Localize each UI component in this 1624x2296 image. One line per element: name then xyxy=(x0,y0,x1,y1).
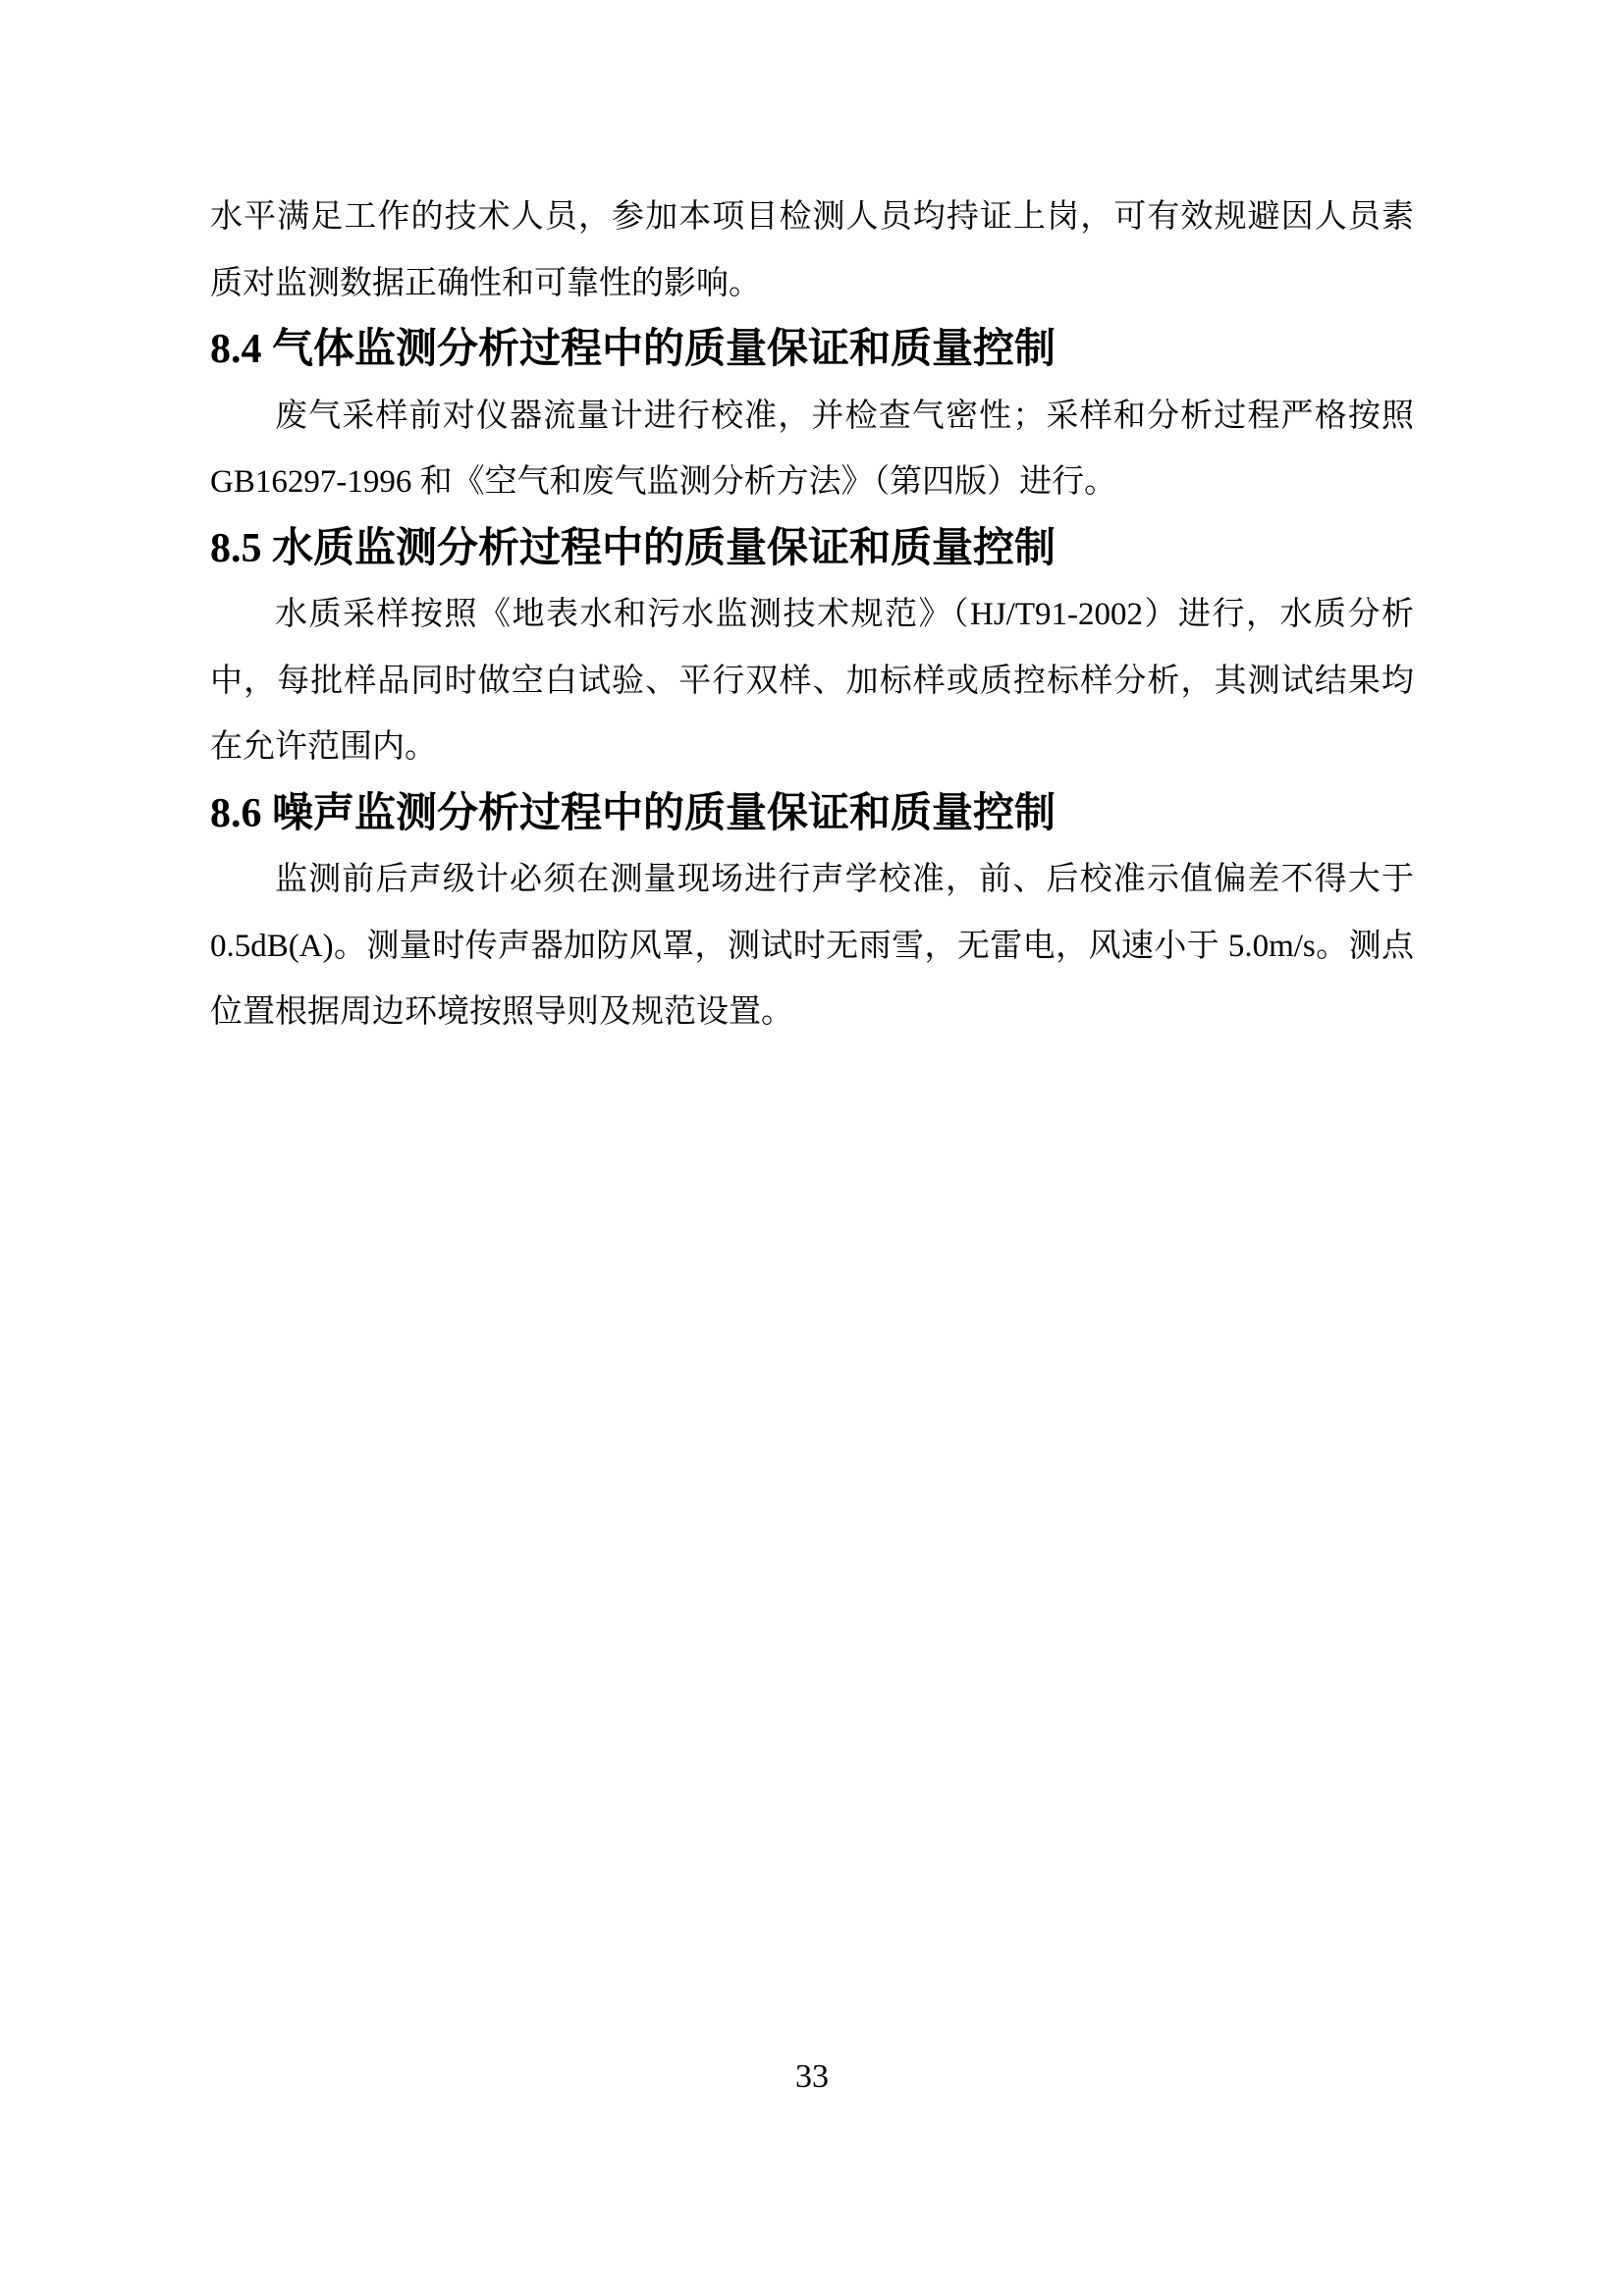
paragraph-line: 中，每批样品同时做空白试验、平行双样、加标样或质控标样分析，其测试结果均 xyxy=(210,649,1414,716)
paragraph-line: 水质采样按照《地表水和污水监测技术规范》（HJ/T91-2002）进行，水质分析 xyxy=(210,582,1414,649)
paragraph-line: 监测前后声级计必须在测量现场进行声学校准，前、后校准示值偏差不得大于 xyxy=(210,847,1414,914)
paragraph-line: 位置根据周边环境按照导则及规范设置。 xyxy=(210,980,1414,1046)
document-page: 水平满足工作的技术人员，参加本项目检测人员均持证上岗，可有效规避因人员素 质对监… xyxy=(0,0,1624,2296)
page-content: 水平满足工作的技术人员，参加本项目检测人员均持证上岗，可有效规避因人员素 质对监… xyxy=(210,185,1414,1046)
section-heading-8-5: 8.5 水质监测分析过程中的质量保证和质量控制 xyxy=(210,516,1414,583)
paragraph-line-continuation: 水平满足工作的技术人员，参加本项目检测人员均持证上岗，可有效规避因人员素 xyxy=(210,185,1414,251)
paragraph-line: GB16297-1996 和《空气和废气监测分析方法》（第四版）进行。 xyxy=(210,450,1414,516)
paragraph-line: 0.5dB(A)。测量时传声器加防风罩，测试时无雨雪，无雷电，风速小于 5.0m… xyxy=(210,914,1414,981)
paragraph-line: 在允许范围内。 xyxy=(210,715,1414,781)
page-number: 33 xyxy=(0,2057,1624,2097)
section-heading-8-6: 8.6 噪声监测分析过程中的质量保证和质量控制 xyxy=(210,781,1414,848)
paragraph-line-continuation: 质对监测数据正确性和可靠性的影响。 xyxy=(210,251,1414,318)
paragraph-line: 废气采样前对仪器流量计进行校准，并检查气密性；采样和分析过程严格按照 xyxy=(210,384,1414,451)
section-heading-8-4: 8.4 气体监测分析过程中的质量保证和质量控制 xyxy=(210,317,1414,384)
